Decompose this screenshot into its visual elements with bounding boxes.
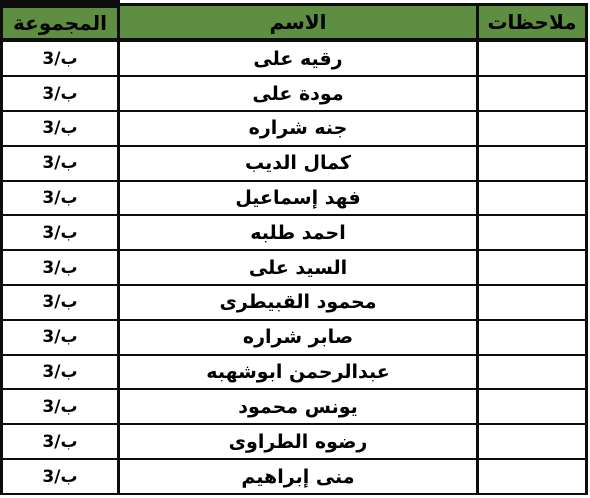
group-cell: ب/3 [2,181,119,216]
group-cell: ب/3 [2,389,119,424]
table-row: ب/3جنه شراره [2,111,587,146]
header-notes: ملاحظات [478,4,587,40]
name-cell: جنه شراره [119,111,478,146]
table-row: ب/3عبدالرحمن ابوشهبه [2,355,587,390]
students-table: المجموعة الاسم ملاحظات ب/3رقيه علىب/3مود… [0,0,588,495]
table-row: ب/3رقيه على [2,40,587,76]
notes-cell [478,459,587,494]
name-cell: احمد طلبه [119,215,478,250]
notes-cell [478,111,587,146]
group-cell: ب/3 [2,459,119,494]
group-cell: ب/3 [2,250,119,285]
table-row: ب/3محمود القبيطرى [2,285,587,320]
group-cell: ب/3 [2,424,119,459]
table-row: ب/3كمال الديب [2,146,587,181]
header-row: المجموعة الاسم ملاحظات [2,4,587,40]
name-cell: فهد إسماعيل [119,181,478,216]
table-row: ب/3رضوه الطراوى [2,424,587,459]
name-cell: محمود القبيطرى [119,285,478,320]
group-cell: ب/3 [2,40,119,76]
name-cell: صابر شراره [119,320,478,355]
table-body: ب/3رقيه علىب/3مودة علىب/3جنه شرارهب/3كما… [2,40,587,494]
page: المجموعة الاسم ملاحظات ب/3رقيه علىب/3مود… [0,0,590,498]
notes-cell [478,40,587,76]
name-cell: مودة على [119,76,478,111]
notes-cell [478,285,587,320]
header-name: الاسم [119,4,478,40]
table-row: ب/3يونس محمود [2,389,587,424]
group-cell: ب/3 [2,215,119,250]
group-cell: ب/3 [2,355,119,390]
notes-cell [478,215,587,250]
group-cell: ب/3 [2,76,119,111]
name-cell: يونس محمود [119,389,478,424]
name-cell: رقيه على [119,40,478,76]
table-row: ب/3صابر شراره [2,320,587,355]
table-row: ب/3منى إبراهيم [2,459,587,494]
notes-cell [478,146,587,181]
name-cell: كمال الديب [119,146,478,181]
group-cell: ب/3 [2,111,119,146]
notes-cell [478,250,587,285]
header-group: المجموعة [2,4,119,40]
table-row: ب/3السيد على [2,250,587,285]
name-cell: منى إبراهيم [119,459,478,494]
table-row: ب/3مودة على [2,76,587,111]
notes-cell [478,320,587,355]
notes-cell [478,424,587,459]
group-cell: ب/3 [2,285,119,320]
notes-cell [478,389,587,424]
name-cell: عبدالرحمن ابوشهبه [119,355,478,390]
name-cell: السيد على [119,250,478,285]
name-cell: رضوه الطراوى [119,424,478,459]
group-cell: ب/3 [2,320,119,355]
table-row: ب/3احمد طلبه [2,215,587,250]
notes-cell [478,181,587,216]
table-row: ب/3فهد إسماعيل [2,181,587,216]
group-cell: ب/3 [2,146,119,181]
notes-cell [478,355,587,390]
notes-cell [478,76,587,111]
